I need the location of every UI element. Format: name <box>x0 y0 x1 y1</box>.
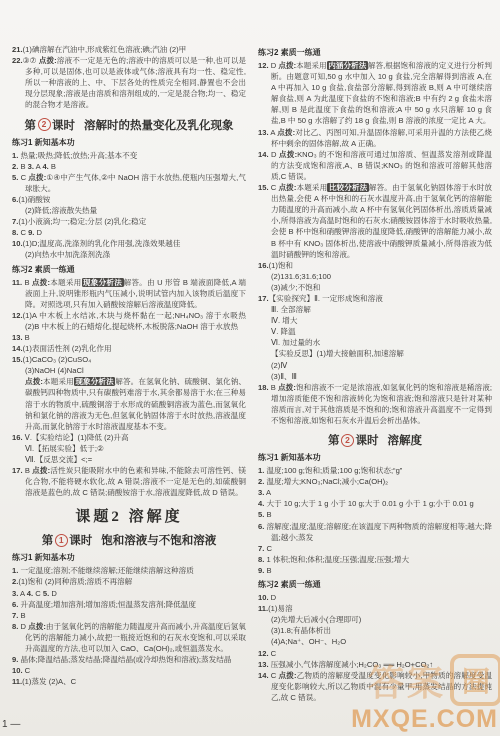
answer-item: 14. D 点拨:KNO₃ 的不饱和溶液可通过加溶质、恒温蒸发溶剂或降温的方法变… <box>258 149 492 182</box>
right-column: 练习2 素质一练通12. D 点拨:本题采用内涵分析法解答,根据饱和溶液的定义进… <box>258 44 492 703</box>
answer-item: 11.(1)蒸发 (2)A、C <box>12 676 246 687</box>
page-number: 1 — <box>2 719 20 730</box>
answer-item: 8. 1 体积;饱和;体积;温度;压强;温度;压强;增大 <box>258 554 492 565</box>
answer-item: (4)A;Na⁺、OH⁻、H₂O <box>258 636 492 647</box>
circled-lesson-number: 2 <box>341 434 354 447</box>
answer-item: Ⅵ. 加过量的水 <box>258 337 492 348</box>
answer-item: 5. B <box>258 509 492 520</box>
answer-number: 18. <box>258 383 269 392</box>
method-highlight: 现象分析法 <box>82 278 124 287</box>
answer-item: 9. B <box>258 565 492 576</box>
answer-item: 10. C <box>12 665 246 676</box>
answer-item: 8. C 9. D <box>12 227 246 238</box>
answer-item: 12. C <box>258 648 492 659</box>
answer-item: 6. 升高温度;增加溶剂;增加溶质;恒温蒸发溶剂;降低温度 <box>12 599 246 610</box>
answer-item: (2)降低;溶液散失热量 <box>12 205 246 216</box>
answer-number: 12. <box>258 61 269 70</box>
answer-item: (3)Ⅱ、Ⅲ <box>258 371 492 382</box>
exercise-heading: 练习1 新知基本功 <box>12 137 246 148</box>
answer-item: 9. 晶体;降温结晶;蒸发结晶;降温结晶(或冷却热饱和溶液);蒸发结晶 <box>12 654 246 665</box>
exercise-heading: 练习1 新知基本功 <box>12 552 246 563</box>
answer-number: 16. <box>12 433 23 442</box>
answer-item: (3)NaOH (4)NaCl <box>12 365 246 376</box>
circled-lesson-number: 2 <box>38 118 51 131</box>
answer-item: 6. 溶解度;温度;温度;溶解度;在该温度下两种物质的溶解度相等;越大;降温;越… <box>258 521 492 543</box>
answer-item: 16. Ⅴ.【实验结论】(1)降低 (2)升高 <box>12 432 246 443</box>
answer-number: 21. <box>12 45 23 54</box>
answer-number: 11. <box>258 604 268 613</box>
answer-item: 1. 热量;吸热;降低;放热;升高;基本不变 <box>12 150 246 161</box>
answer-item: (2)Ⅳ <box>258 360 492 371</box>
answer-item: 【实验反思】(1)增大接触面积,加速溶解 <box>258 348 492 359</box>
lesson-heading: 第2课时溶解度 <box>258 432 492 448</box>
answer-number: 12. <box>12 311 23 320</box>
lesson-heading: 第1课时饱和溶液与不饱和溶液 <box>12 532 246 548</box>
answer-item: 14. C 点拨:乙物质的溶解度受温度变化影响较小,甲物质的溶解度受温度变化影响… <box>258 670 492 703</box>
answer-number: 13. <box>12 333 23 342</box>
two-column-layout: 21.(1)碘溶解在汽油中,形成紫红色溶液;碘;汽油 (2)甲22.③⑦ 点拨:… <box>0 0 500 703</box>
answer-number: 10. <box>12 666 23 675</box>
answer-item: 15.(1)CaCO₃ (2)CuSO₄ <box>12 354 246 365</box>
answer-item: 12.(1)A 中木板上水结冰,木块与烧杯黏在一起;NH₄NO₃ 溶于水吸热 (… <box>12 310 246 332</box>
answer-item: 16.(1)饱和 <box>258 260 492 271</box>
answer-item: 17. B 点拨:活性炭只能吸附水中的色素和异味,不能除去可溶性钙、镁化合物,不… <box>12 465 246 498</box>
answer-item: Ⅴ. 降温 <box>258 326 492 337</box>
answer-item: (3)1.8;有晶体析出 <box>258 625 492 636</box>
answer-number: 14. <box>258 150 269 159</box>
circled-lesson-number: 1 <box>55 534 68 547</box>
answer-item: 7.(1)小液滴;均一;稳定;分层 (2)乳化;稳定 <box>12 216 246 227</box>
method-highlight: 现象分析法 <box>74 377 115 386</box>
method-highlight: 内涵分析法 <box>327 61 368 70</box>
answer-number: 15. <box>12 355 23 364</box>
answer-number: 12. <box>258 649 269 658</box>
answer-item: 7. C <box>258 543 492 554</box>
answer-item: (3)减少;不饱和 <box>258 282 492 293</box>
answer-number: 10. <box>12 239 23 248</box>
answer-item: 13. B <box>12 332 246 343</box>
answer-number: 13. <box>258 128 269 137</box>
answer-item: 22.③⑦ 点拨:溶液不一定是无色的;溶液中的溶质可以是一种,也可以是多种,可以… <box>12 55 246 110</box>
answer-item: 1. 一定温度;溶剂;不能继续溶解;还能继续溶解这种溶质 <box>12 565 246 576</box>
answer-item: 2. 温度;增大;KNO₃;NaCl;减小;Ca(OH)₂ <box>258 476 492 487</box>
chapter-heading: 课题2 溶解度 <box>12 505 246 526</box>
answer-item: (2)先增大后减小(合理即可) <box>258 614 492 625</box>
left-column: 21.(1)碘溶解在汽油中,形成紫红色溶液;碘;汽油 (2)甲22.③⑦ 点拨:… <box>12 44 246 703</box>
answer-item: 13. 压强减小,气体溶解度减小;H₂CO₃ ══ H₂O+CO₂↑ <box>258 659 492 670</box>
answer-item: 14.(1)表面活性剂 (2)乳化作用 <box>12 343 246 354</box>
answer-item: Ⅶ.【反思交流】<;= <box>12 454 246 465</box>
answer-item: 18. B 点拨:饱和溶液不一定是浓溶液,如氢氧化钙的饱和溶液是稀溶液;增加溶质… <box>258 382 492 426</box>
answer-number: 11. <box>12 278 22 287</box>
exercise-heading: 练习2 素质一练通 <box>258 579 492 590</box>
answer-item: 1. 温度;100 g;饱和;质量;100 g;饱和状态;“g” <box>258 465 492 476</box>
exercise-heading: 练习2 素质一练通 <box>12 264 246 275</box>
answer-item: (2)131.6;31.6;100 <box>258 271 492 282</box>
answer-item: 11. B 点拨:本题采用现象分析法解答。由 U 形管 B 端液面降低,A 端液… <box>12 277 246 310</box>
answer-item: (2)向热水中加洗涤剂洗涤 <box>12 249 246 260</box>
lesson-heading: 第2课时溶解时的热量变化及乳化现象 <box>12 117 246 133</box>
answer-item: 3. A 4. C 5. D <box>12 588 246 599</box>
answer-item: 10. D <box>258 592 492 603</box>
answer-number: 22. <box>12 56 23 65</box>
answer-number: 14. <box>258 671 269 680</box>
answer-number: 14. <box>12 344 23 353</box>
answer-item: 4. 大于 10 g;大于 1 g 小于 10 g;大于 0.01 g 小于 1… <box>258 498 492 509</box>
answer-item: 2. B 3. A 4. B <box>12 161 246 172</box>
method-highlight: 比较分析法 <box>327 183 369 192</box>
answer-item: 6.(1)硝酸铵 <box>12 194 246 205</box>
answer-item: Ⅳ. 增大 <box>258 315 492 326</box>
answer-number: 13. <box>258 660 269 669</box>
answer-number: 17. <box>12 466 23 475</box>
answer-number: 16. <box>258 261 269 270</box>
answer-item: 3. A <box>258 487 492 498</box>
answer-number: 17. <box>258 294 269 303</box>
answer-number: 11. <box>12 677 22 686</box>
answer-item: 10.(1)D;温度高,洗涤剂的乳化作用强,洗涤效果越佳 <box>12 238 246 249</box>
answer-item: Ⅲ. 全部溶解 <box>258 304 492 315</box>
answer-item: 17.【实验探究】Ⅱ. 一定形成饱和溶液 <box>258 293 492 304</box>
answer-page: 21.(1)碘溶解在汽油中,形成紫红色溶液;碘;汽油 (2)甲22.③⑦ 点拨:… <box>0 0 500 736</box>
answer-item: 12. D 点拨:本题采用内涵分析法解答,根据饱和溶液的定义进行分析判断。由题意… <box>258 60 492 127</box>
answer-item: 2.(1)饱和 (2)同种溶质;溶质不再溶解 <box>12 576 246 587</box>
answer-number: 15. <box>258 183 269 192</box>
answer-item: Ⅵ.【拓展实验】低于;② <box>12 443 246 454</box>
watermark-site-url: MXQE.COM <box>351 706 500 736</box>
answer-item: 8. D 点拨:由于氢氧化钙的溶解能力随温度升高而减小,升高温度后氢氧化钙的溶解… <box>12 621 246 654</box>
answer-item: 点拨:本题采用现象分析法解答。在氢氧化钠、硫酸铜、氯化钠、碳酸钙四种物质中,只有… <box>12 376 246 431</box>
exercise-heading: 练习1 新知基本功 <box>258 452 492 463</box>
answer-item: 5. C 点拨:①④中产生气体,②中 NaOH 溶于水放热,使瓶内压强增大,气球… <box>12 172 246 194</box>
answer-item: 7. B <box>12 610 246 621</box>
answer-item: 21.(1)碘溶解在汽油中,形成紫红色溶液;碘;汽油 (2)甲 <box>12 44 246 55</box>
answer-item: 11.(1)易溶 <box>258 603 492 614</box>
answer-number: 10. <box>258 593 269 602</box>
answer-item: 13. A 点拨:对比乙、丙图可知,升温固体溶解,可采用升温的方法使乙烧杯中剩余… <box>258 127 492 149</box>
answer-item: 15. C 点拨:本题采用比较分析法解答。由于氢氧化钠固体溶于水时放出热量,会使… <box>258 182 492 260</box>
exercise-heading: 练习2 素质一练通 <box>258 47 492 58</box>
